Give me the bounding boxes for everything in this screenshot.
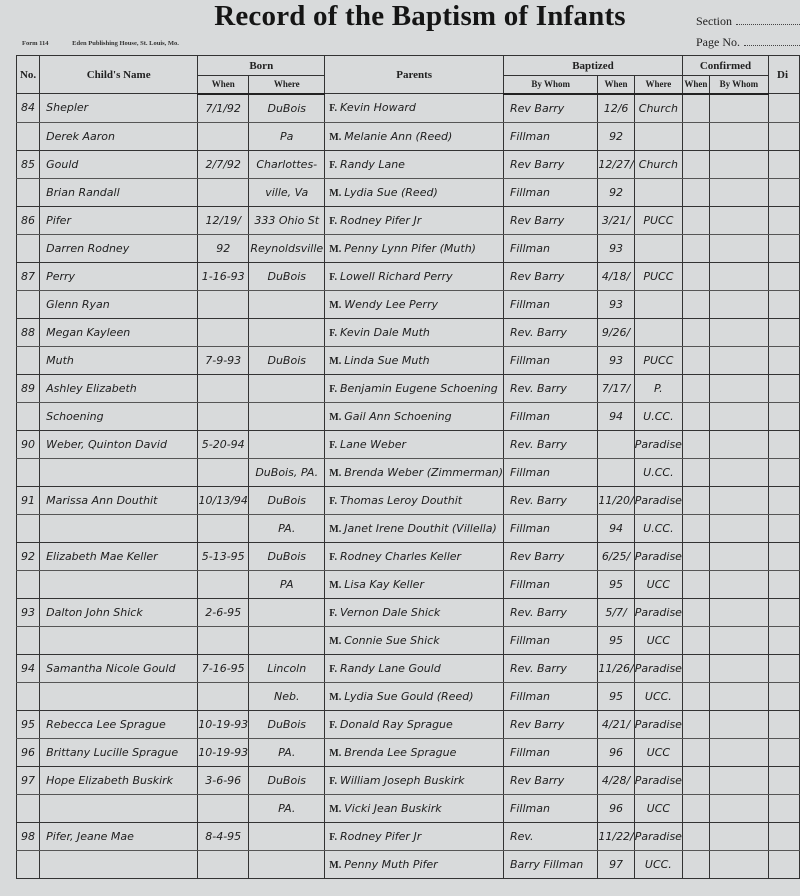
birth-place: DuBois <box>249 486 325 514</box>
died-cell <box>769 514 800 542</box>
baptized-by: Rev Barry <box>504 766 598 794</box>
table-row: 97Hope Elizabeth Buskirk3-6-96DuBoisF.Wi… <box>17 766 800 794</box>
baptism-date: 97 <box>598 850 634 878</box>
baptism-place <box>634 318 682 346</box>
birth-date: 10-19-93 <box>198 710 249 738</box>
baptized-by: Rev. Barry <box>504 654 598 682</box>
confirmed-by <box>709 178 768 206</box>
parent-full-name: Janet Irene Douthit (Villella) <box>344 522 497 535</box>
baptized-by: Fillman <box>504 682 598 710</box>
baptism-date: 95 <box>598 626 634 654</box>
baptism-place: UCC <box>634 738 682 766</box>
parent-role-label: F. <box>329 608 337 619</box>
confirmed-when <box>682 710 709 738</box>
baptism-date: 94 <box>598 514 634 542</box>
birth-date <box>198 570 249 598</box>
died-cell <box>769 122 800 150</box>
confirmed-by <box>709 150 768 178</box>
child-name: Darren Rodney <box>40 234 198 262</box>
parent-role-label: F. <box>329 160 337 171</box>
confirmed-when <box>682 766 709 794</box>
confirmed-when <box>682 626 709 654</box>
birth-place: 333 Ohio St <box>249 206 325 234</box>
confirmed-by <box>709 206 768 234</box>
baptism-place: Paradise <box>634 822 682 850</box>
confirmed-by <box>709 598 768 626</box>
confirmed-by <box>709 822 768 850</box>
entry-number: 90 <box>17 430 40 458</box>
parent-role-label: F. <box>329 832 337 843</box>
died-cell <box>769 542 800 570</box>
baptism-place: P. <box>634 374 682 402</box>
birth-place: DuBois <box>249 262 325 290</box>
table-row: 91Marissa Ann Douthit10/13/94DuBoisF.Tho… <box>17 486 800 514</box>
died-cell <box>769 346 800 374</box>
col-no: No. <box>17 56 40 94</box>
confirmed-by <box>709 738 768 766</box>
table-row: M.Penny Muth PiferBarry Fillman97UCC. <box>17 850 800 878</box>
col-born-where: Where <box>249 76 325 94</box>
child-name: Shepler <box>40 94 198 123</box>
birth-place: DuBois, PA. <box>249 458 325 486</box>
child-name: Pifer <box>40 206 198 234</box>
baptism-date <box>598 430 634 458</box>
baptism-place: U.CC. <box>634 514 682 542</box>
baptism-date: 95 <box>598 570 634 598</box>
parent-name: M.Penny Muth Pifer <box>325 850 504 878</box>
confirmed-when <box>682 94 709 123</box>
table-row: PA.M.Vicki Jean BuskirkFillman96UCC <box>17 794 800 822</box>
birth-date: 7-9-93 <box>198 346 249 374</box>
confirmed-by <box>709 374 768 402</box>
child-name <box>40 794 198 822</box>
confirmed-when <box>682 234 709 262</box>
parent-full-name: Lisa Kay Keller <box>344 578 424 591</box>
table-row: PAM.Lisa Kay KellerFillman95UCC <box>17 570 800 598</box>
parent-name: F.Rodney Pifer Jr <box>325 206 504 234</box>
baptized-by: Fillman <box>504 234 598 262</box>
entry-number <box>17 794 40 822</box>
entry-number: 87 <box>17 262 40 290</box>
table-row: SchoeningM.Gail Ann SchoeningFillman94U.… <box>17 402 800 430</box>
confirmed-when <box>682 682 709 710</box>
parent-name: M.Lydia Sue Gould (Reed) <box>325 682 504 710</box>
col-confirmed-by: By Whom <box>709 76 768 94</box>
birth-place: Charlottes- <box>249 150 325 178</box>
confirmed-when <box>682 262 709 290</box>
baptized-by: Rev. Barry <box>504 318 598 346</box>
confirmed-by <box>709 402 768 430</box>
entry-number: 89 <box>17 374 40 402</box>
birth-place: DuBois <box>249 346 325 374</box>
entry-number <box>17 178 40 206</box>
birth-date: 10/13/94 <box>198 486 249 514</box>
baptism-place: PUCC <box>634 346 682 374</box>
confirmed-by <box>709 234 768 262</box>
child-name: Hope Elizabeth Buskirk <box>40 766 198 794</box>
parent-name: M.Janet Irene Douthit (Villella) <box>325 514 504 542</box>
confirmed-when <box>682 150 709 178</box>
baptism-date: 96 <box>598 738 634 766</box>
birth-place: DuBois <box>249 94 325 123</box>
parent-role-label: M. <box>329 580 341 591</box>
died-cell <box>769 150 800 178</box>
confirmed-when <box>682 654 709 682</box>
table-row: 86Pifer12/19/333 Ohio StF.Rodney Pifer J… <box>17 206 800 234</box>
baptized-by: Rev Barry <box>504 542 598 570</box>
baptized-by: Barry Fillman <box>504 850 598 878</box>
parent-full-name: William Joseph Buskirk <box>340 774 465 787</box>
entry-number: 94 <box>17 654 40 682</box>
birth-date <box>198 178 249 206</box>
col-born-when: When <box>198 76 249 94</box>
birth-place: PA. <box>249 794 325 822</box>
col-baptized: Baptized <box>504 56 683 76</box>
died-cell <box>769 402 800 430</box>
baptism-date: 94 <box>598 402 634 430</box>
confirmed-when <box>682 430 709 458</box>
birth-place <box>249 430 325 458</box>
confirmed-when <box>682 542 709 570</box>
baptism-place: UCC. <box>634 850 682 878</box>
died-cell <box>769 318 800 346</box>
page-number-field: Page No. <box>696 35 800 50</box>
confirmed-by <box>709 430 768 458</box>
birth-place <box>249 850 325 878</box>
entry-number <box>17 122 40 150</box>
baptism-register-table: No. Child's Name Born Parents Baptized C… <box>16 55 800 879</box>
died-cell <box>769 682 800 710</box>
birth-place: DuBois <box>249 542 325 570</box>
child-name: Marissa Ann Douthit <box>40 486 198 514</box>
baptism-place: UCC. <box>634 682 682 710</box>
baptism-date: 93 <box>598 234 634 262</box>
baptized-by: Rev. Barry <box>504 374 598 402</box>
died-cell <box>769 654 800 682</box>
birth-date: 7/1/92 <box>198 94 249 123</box>
table-row: 93Dalton John Shick2-6-95F.Vernon Dale S… <box>17 598 800 626</box>
baptized-by: Rev Barry <box>504 150 598 178</box>
col-confirmed: Confirmed <box>682 56 768 76</box>
parent-role-label: M. <box>329 860 341 871</box>
child-name: Schoening <box>40 402 198 430</box>
parent-full-name: Rodney Charles Keller <box>340 550 461 563</box>
birth-place: ville, Va <box>249 178 325 206</box>
col-child-name: Child's Name <box>40 56 198 94</box>
baptism-place: UCC <box>634 794 682 822</box>
col-baptized-where: Where <box>634 76 682 94</box>
birth-place: DuBois <box>249 766 325 794</box>
parent-name: M.Connie Sue Shick <box>325 626 504 654</box>
died-cell <box>769 206 800 234</box>
confirmed-by <box>709 346 768 374</box>
table-row: 98Pifer, Jeane Mae8-4-95F.Rodney Pifer J… <box>17 822 800 850</box>
col-confirmed-when: When <box>682 76 709 94</box>
table-row: 88Megan KayleenF.Kevin Dale MuthRev. Bar… <box>17 318 800 346</box>
table-row: 85Gould2/7/92Charlottes-F.Randy LaneRev … <box>17 150 800 178</box>
died-cell <box>769 738 800 766</box>
table-row: 94Samantha Nicole Gould7-16-95LincolnF.R… <box>17 654 800 682</box>
confirmed-when <box>682 850 709 878</box>
parent-name: F.Vernon Dale Shick <box>325 598 504 626</box>
parent-full-name: Vicki Jean Buskirk <box>344 802 441 815</box>
parent-name: M.Vicki Jean Buskirk <box>325 794 504 822</box>
baptized-by: Rev Barry <box>504 262 598 290</box>
birth-place <box>249 290 325 318</box>
baptism-date: 92 <box>598 178 634 206</box>
baptized-by: Fillman <box>504 626 598 654</box>
baptism-place: Paradise <box>634 430 682 458</box>
parent-full-name: Donald Ray Sprague <box>340 718 453 731</box>
entry-number: 95 <box>17 710 40 738</box>
birth-place <box>249 822 325 850</box>
birth-place <box>249 374 325 402</box>
table-row: Glenn RyanM.Wendy Lee PerryFillman93 <box>17 290 800 318</box>
parent-full-name: Lane Weber <box>340 438 406 451</box>
col-baptized-by: By Whom <box>504 76 598 94</box>
birth-date: 8-4-95 <box>198 822 249 850</box>
child-name <box>40 850 198 878</box>
parent-full-name: Gail Ann Schoening <box>344 410 451 423</box>
parent-full-name: Kevin Howard <box>340 101 416 114</box>
confirmed-when <box>682 178 709 206</box>
parent-role-label: F. <box>329 720 337 731</box>
page-title: Record of the Baptism of Infants <box>210 0 630 33</box>
died-cell <box>769 626 800 654</box>
baptized-by: Fillman <box>504 290 598 318</box>
parent-full-name: Wendy Lee Perry <box>344 298 438 311</box>
table-row: 84Shepler7/1/92DuBoisF.Kevin HowardRev B… <box>17 94 800 123</box>
publisher: Eden Publishing House, St. Louis, Mo. <box>72 40 179 47</box>
confirmed-by <box>709 486 768 514</box>
parent-full-name: Lowell Richard Perry <box>340 270 453 283</box>
entry-number: 93 <box>17 598 40 626</box>
child-name: Elizabeth Mae Keller <box>40 542 198 570</box>
confirmed-by <box>709 122 768 150</box>
baptism-place <box>634 178 682 206</box>
baptized-by: Fillman <box>504 570 598 598</box>
table-row: Derek AaronPaM.Melanie Ann (Reed)Fillman… <box>17 122 800 150</box>
child-name <box>40 682 198 710</box>
child-name: Gould <box>40 150 198 178</box>
baptized-by: Fillman <box>504 178 598 206</box>
baptism-place: PUCC <box>634 262 682 290</box>
confirmed-when <box>682 794 709 822</box>
baptized-by: Fillman <box>504 514 598 542</box>
confirmed-when <box>682 122 709 150</box>
confirmed-by <box>709 94 768 123</box>
parent-name: F.Kevin Howard <box>325 94 504 123</box>
confirmed-by <box>709 710 768 738</box>
parent-name: F.Donald Ray Sprague <box>325 710 504 738</box>
parent-role-label: M. <box>329 412 341 423</box>
parent-full-name: Benjamin Eugene Schoening <box>340 382 498 395</box>
table-row: 92Elizabeth Mae Keller5-13-95DuBoisF.Rod… <box>17 542 800 570</box>
child-name: Perry <box>40 262 198 290</box>
parent-name: M.Melanie Ann (Reed) <box>325 122 504 150</box>
parent-name: F.Randy Lane Gould <box>325 654 504 682</box>
confirmed-by <box>709 766 768 794</box>
parent-full-name: Vernon Dale Shick <box>340 606 440 619</box>
entry-number <box>17 626 40 654</box>
birth-date: 5-13-95 <box>198 542 249 570</box>
birth-date: 5-20-94 <box>198 430 249 458</box>
col-baptized-when: When <box>598 76 634 94</box>
baptized-by: Fillman <box>504 458 598 486</box>
baptism-date: 5/7/ <box>598 598 634 626</box>
baptized-by: Fillman <box>504 738 598 766</box>
baptism-place: Church <box>634 150 682 178</box>
parent-name: M.Brenda Lee Sprague <box>325 738 504 766</box>
parent-full-name: Thomas Leroy Douthit <box>340 494 462 507</box>
baptism-date: 95 <box>598 682 634 710</box>
child-name: Brian Randall <box>40 178 198 206</box>
baptism-date: 3/21/ <box>598 206 634 234</box>
child-name <box>40 570 198 598</box>
parent-full-name: Brenda Weber (Zimmerman) <box>344 466 503 479</box>
parent-name: F.Randy Lane <box>325 150 504 178</box>
baptism-place: Paradise <box>634 486 682 514</box>
col-died: Di <box>769 56 800 94</box>
confirmed-when <box>682 486 709 514</box>
parent-role-label: F. <box>329 664 337 675</box>
baptism-date <box>598 458 634 486</box>
baptized-by: Rev. Barry <box>504 430 598 458</box>
child-name: Brittany Lucille Sprague <box>40 738 198 766</box>
table-row: 90Weber, Quinton David5-20-94F.Lane Webe… <box>17 430 800 458</box>
confirmed-when <box>682 738 709 766</box>
baptism-place <box>634 290 682 318</box>
baptized-by: Rev. Barry <box>504 598 598 626</box>
entry-number: 97 <box>17 766 40 794</box>
entry-number <box>17 514 40 542</box>
child-name: Muth <box>40 346 198 374</box>
died-cell <box>769 710 800 738</box>
parent-name: M.Lisa Kay Keller <box>325 570 504 598</box>
parent-role-label: F. <box>329 552 337 563</box>
child-name <box>40 514 198 542</box>
died-cell <box>769 234 800 262</box>
confirmed-when <box>682 458 709 486</box>
parent-full-name: Penny Lynn Pifer (Muth) <box>344 242 476 255</box>
birth-date <box>198 850 249 878</box>
baptism-place: Paradise <box>634 654 682 682</box>
parent-full-name: Lydia Sue Gould (Reed) <box>344 690 473 703</box>
baptism-place <box>634 234 682 262</box>
child-name: Dalton John Shick <box>40 598 198 626</box>
died-cell <box>769 430 800 458</box>
confirmed-when <box>682 514 709 542</box>
child-name: Weber, Quinton David <box>40 430 198 458</box>
entry-number <box>17 570 40 598</box>
parent-name: F.Kevin Dale Muth <box>325 318 504 346</box>
parent-name: F.William Joseph Buskirk <box>325 766 504 794</box>
birth-date: 3-6-96 <box>198 766 249 794</box>
parent-role-label: F. <box>329 328 337 339</box>
parent-role-label: M. <box>329 804 341 815</box>
baptized-by: Rev. <box>504 822 598 850</box>
confirmed-when <box>682 822 709 850</box>
table-row: Darren Rodney92ReynoldsvilleM.Penny Lynn… <box>17 234 800 262</box>
parent-name: M.Wendy Lee Perry <box>325 290 504 318</box>
child-name: Glenn Ryan <box>40 290 198 318</box>
died-cell <box>769 458 800 486</box>
table-row: Neb.M.Lydia Sue Gould (Reed)Fillman95UCC… <box>17 682 800 710</box>
parent-role-label: F. <box>329 103 337 114</box>
parent-name: F.Lowell Richard Perry <box>325 262 504 290</box>
table-row: 95Rebecca Lee Sprague10-19-93DuBoisF.Don… <box>17 710 800 738</box>
baptized-by: Rev. Barry <box>504 486 598 514</box>
birth-date <box>198 458 249 486</box>
entry-number <box>17 850 40 878</box>
baptism-date: 4/28/ <box>598 766 634 794</box>
child-name: Ashley Elizabeth <box>40 374 198 402</box>
died-cell <box>769 570 800 598</box>
baptism-date: 96 <box>598 794 634 822</box>
died-cell <box>769 598 800 626</box>
entry-number <box>17 402 40 430</box>
entry-number: 85 <box>17 150 40 178</box>
died-cell <box>769 262 800 290</box>
table-row: M.Connie Sue ShickFillman95UCC <box>17 626 800 654</box>
confirmed-by <box>709 626 768 654</box>
confirmed-when <box>682 318 709 346</box>
baptized-by: Fillman <box>504 122 598 150</box>
confirmed-by <box>709 570 768 598</box>
birth-place: PA <box>249 570 325 598</box>
child-name: Pifer, Jeane Mae <box>40 822 198 850</box>
baptism-date: 12/27/ <box>598 150 634 178</box>
child-name: Megan Kayleen <box>40 318 198 346</box>
birth-date: 10-19-93 <box>198 738 249 766</box>
baptism-date: 11/26/ <box>598 654 634 682</box>
birth-date: 7-16-95 <box>198 654 249 682</box>
confirmed-when <box>682 290 709 318</box>
baptism-place: U.CC. <box>634 458 682 486</box>
child-name <box>40 458 198 486</box>
parent-full-name: Melanie Ann (Reed) <box>344 130 452 143</box>
baptism-date: 4/18/ <box>598 262 634 290</box>
entry-number <box>17 346 40 374</box>
parent-name: F.Thomas Leroy Douthit <box>325 486 504 514</box>
baptized-by: Rev Barry <box>504 710 598 738</box>
parent-full-name: Kevin Dale Muth <box>340 326 430 339</box>
baptism-date: 12/6 <box>598 94 634 123</box>
baptism-place: Paradise <box>634 598 682 626</box>
parent-full-name: Lydia Sue (Reed) <box>344 186 437 199</box>
birth-place: Lincoln <box>249 654 325 682</box>
child-name: Samantha Nicole Gould <box>40 654 198 682</box>
parent-full-name: Penny Muth Pifer <box>344 858 437 871</box>
baptism-date: 4/21/ <box>598 710 634 738</box>
parent-full-name: Linda Sue Muth <box>344 354 429 367</box>
register-entries: 84Shepler7/1/92DuBoisF.Kevin HowardRev B… <box>17 94 800 879</box>
died-cell <box>769 94 800 123</box>
confirmed-by <box>709 654 768 682</box>
parent-full-name: Randy Lane Gould <box>340 662 441 675</box>
parent-name: F.Benjamin Eugene Schoening <box>325 374 504 402</box>
baptized-by: Fillman <box>504 346 598 374</box>
confirmed-when <box>682 346 709 374</box>
parent-name: F.Rodney Charles Keller <box>325 542 504 570</box>
parent-name: M.Penny Lynn Pifer (Muth) <box>325 234 504 262</box>
table-row: 96Brittany Lucille Sprague10-19-93PA.M.B… <box>17 738 800 766</box>
died-cell <box>769 290 800 318</box>
parent-full-name: Rodney Pifer Jr <box>340 214 421 227</box>
baptism-date: 92 <box>598 122 634 150</box>
entry-number: 88 <box>17 318 40 346</box>
entry-number: 84 <box>17 94 40 123</box>
